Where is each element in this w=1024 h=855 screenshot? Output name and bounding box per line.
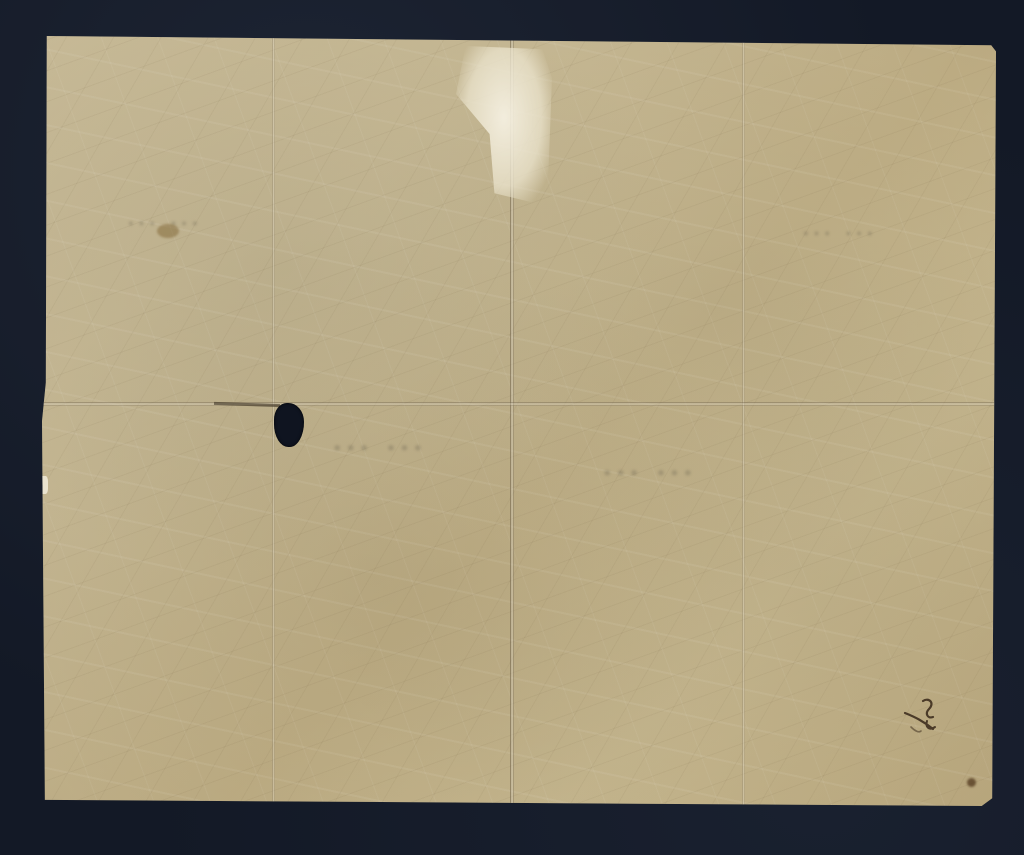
stain-spot (967, 778, 976, 787)
faded-print-center-left: ··· ··· (332, 431, 426, 466)
faded-print-top-right: ··· ··· (802, 221, 877, 247)
fold-line-vertical-right (742, 36, 745, 806)
stain-spot (157, 224, 179, 238)
fold-line-horizontal-center (42, 402, 996, 406)
faded-print-center-right: ··· ··· (602, 456, 696, 491)
banknote: ··· ··· ··· ··· ··· ··· ··· ··· (42, 36, 996, 806)
handwritten-mark-icon (897, 691, 947, 741)
